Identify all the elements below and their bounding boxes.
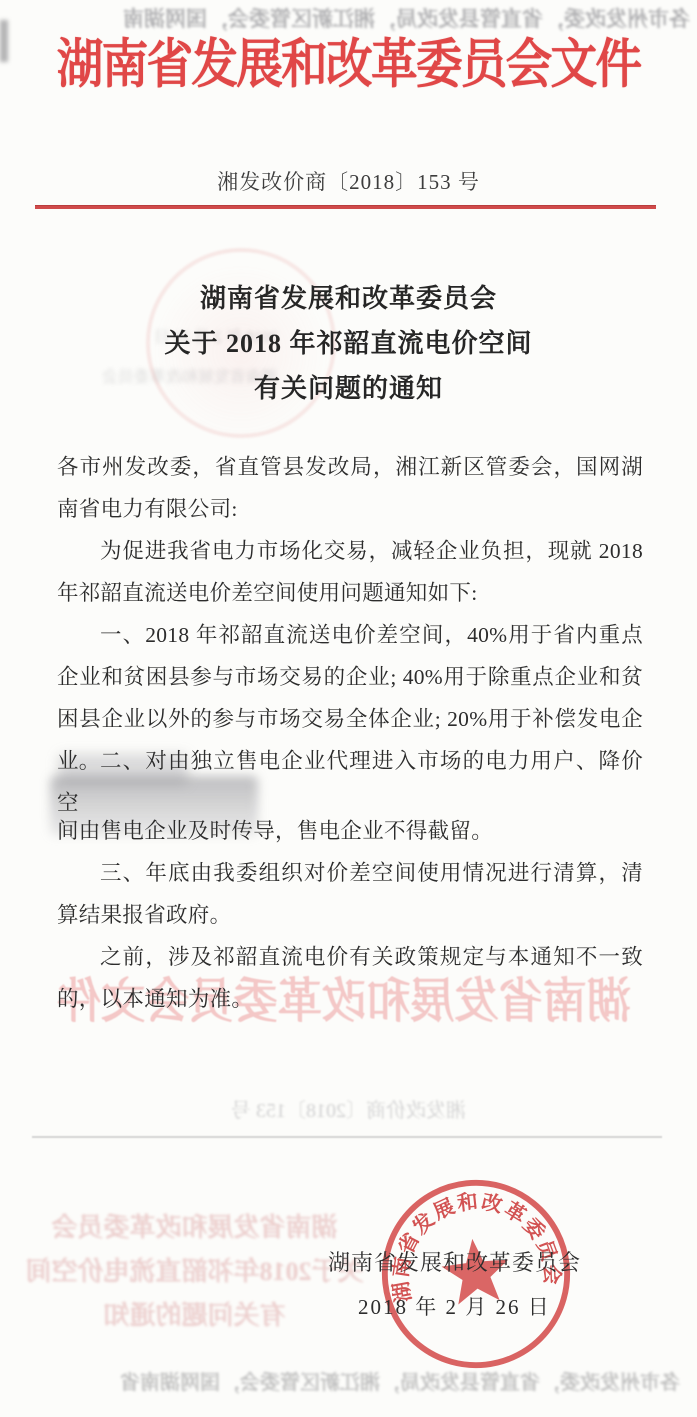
letterhead-red-rule xyxy=(35,205,656,209)
bleed-title-line2: 关于2018年祁韶直流电价空间 xyxy=(22,1250,367,1294)
item3-paragraph: 三、年底由我委组织对价差空间使用情况进行清算，清算结果报省政府。 xyxy=(57,852,643,936)
bleed-through-rule xyxy=(32,1136,662,1138)
bleed-title-line3: 有关问题的通知 xyxy=(22,1294,367,1338)
item2-paragraph-part2: 间由售电企业及时传导，售电企业不得截留。 xyxy=(57,810,643,852)
closing-paragraph: 之前，涉及祁韶直流电价有关政策规定与本通知不一致的，以本通知为准。 xyxy=(57,936,643,1020)
intro-paragraph: 为促进我省电力市场化交易，减轻企业负担，现就 2018 年祁韶直流送电价差空间使… xyxy=(57,530,643,614)
document-number: 湘发改价商〔2018〕153 号 xyxy=(0,166,697,196)
notice-title: 湖南省发展和改革委员会 关于 2018 年祁韶直流电价空间 有关问题的通知 xyxy=(0,276,697,411)
bleed-title-line1: 湖南省发展和改革委员会 xyxy=(22,1206,367,1250)
letterhead-title: 湖南省发展和改革委员会文件 xyxy=(42,22,655,98)
bleed-through-bottom-text: 各市州发改委，省直管县发改局，湘江新区管委会，国网湖南省 xyxy=(12,1366,680,1395)
scanned-document-page: 各市州发改委，省直管县发改局，湘江新区管委会，国网湖南 2018 年 2 月 2… xyxy=(0,0,697,1417)
bleed-through-title-echo: 湖南省发展和改革委员会 关于2018年祁韶直流电价空间 有关问题的通知 xyxy=(22,1206,367,1338)
signature-organization: 湖南省发展和改革委员会 xyxy=(328,1246,581,1277)
notice-title-line2: 关于 2018 年祁韶直流电价空间 xyxy=(0,321,697,366)
scan-artifact xyxy=(0,20,8,62)
notice-title-line3: 有关问题的通知 xyxy=(0,366,697,411)
notice-title-line1: 湖南省发展和改革委员会 xyxy=(0,276,697,321)
recipients-paragraph: 各市州发改委，省直管县发改局，湘江新区管委会，国网湖南省电力有限公司: xyxy=(57,446,643,530)
signature-date: 2018 年 2 月 26 日 xyxy=(358,1291,551,1321)
bleed-through-doc-number-echo: 湘发改价商〔2018〕153 号 xyxy=(0,1094,697,1123)
